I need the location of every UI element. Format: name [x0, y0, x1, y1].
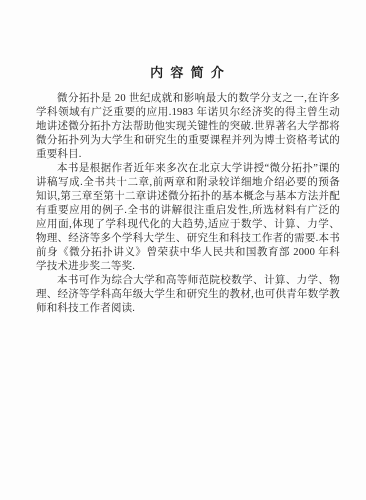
summary-paragraph-2: 本书是根据作者近年来多次在北京大学讲授“微分拓扑”课的讲稿写成.全书共十二章,前… — [36, 162, 340, 274]
summary-paragraph-1: 微分拓扑是 20 世纪成就和影响最大的数学分支之一,在许多学科领域有广泛重要的应… — [36, 92, 340, 162]
summary-paragraph-3: 本书可作为综合大学和高等师范院校数学、计算、力学、物理、经济等学科高年级大学生和… — [36, 274, 340, 316]
page-title: 内 容 简 介 — [36, 62, 340, 81]
summary-text-block: 微分拓扑是 20 世纪成就和影响最大的数学分支之一,在许多学科领域有广泛重要的应… — [36, 92, 340, 316]
book-page: 内 容 简 介 微分拓扑是 20 世纪成就和影响最大的数学分支之一,在许多学科领… — [0, 0, 366, 500]
